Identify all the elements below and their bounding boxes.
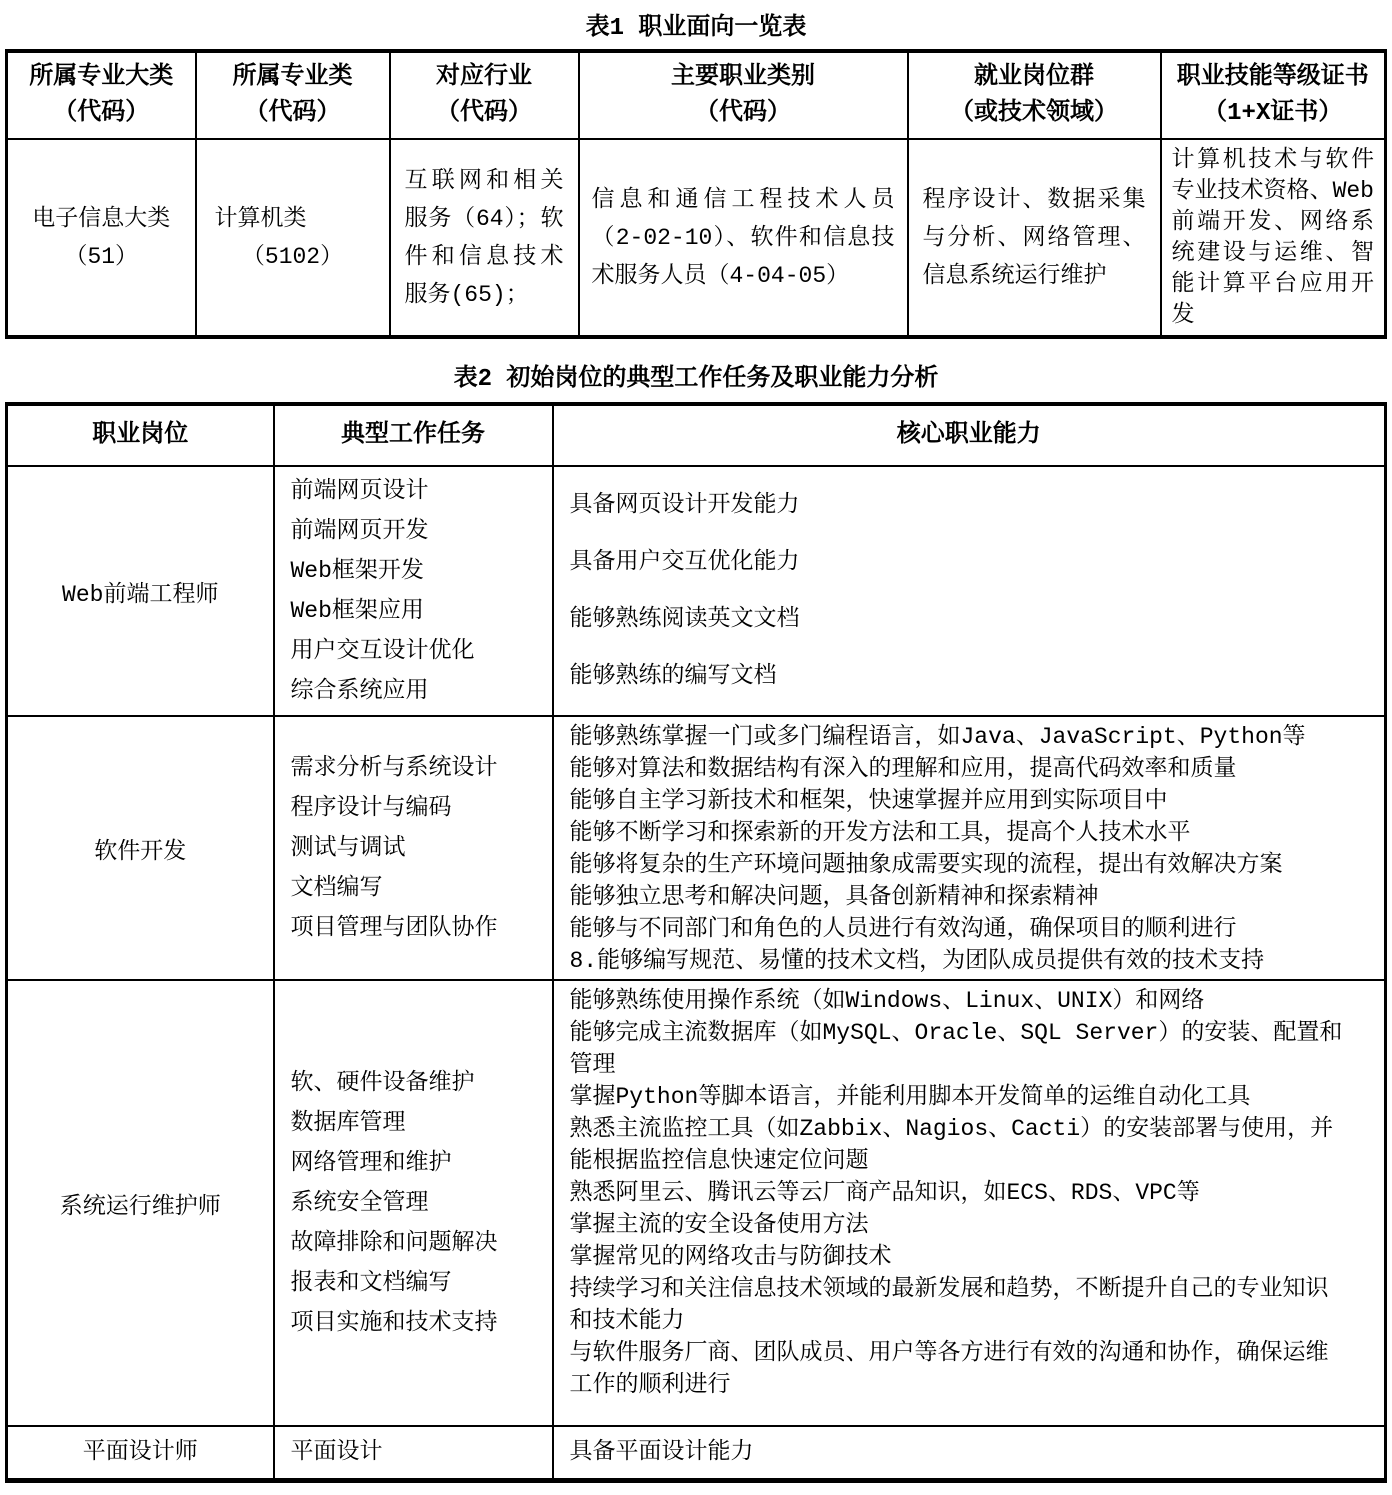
table1-header-category: 所属专业类 （代码）: [196, 51, 390, 139]
text-line: 具备用户交互优化能力: [570, 534, 1349, 591]
cell-abilities: 能够熟练使用操作系统（如Windows、Linux、UNIX）和网络能够完成主流…: [553, 980, 1386, 1426]
header-line: （代码）: [397, 96, 572, 132]
header-line: （代码）: [14, 96, 189, 132]
text-line: 综合系统应用: [291, 671, 544, 711]
text-line: 能够对算法和数据结构有深入的理解和应用，提高代码效率和质量: [570, 753, 1349, 785]
text-line: 项目管理与团队协作: [291, 908, 544, 948]
table2-row-software-dev: 软件开发 需求分析与系统设计程序设计与编码测试与调试文档编写项目管理与团队协作 …: [7, 716, 1386, 980]
cell-abilities: 具备平面设计能力: [553, 1426, 1386, 1480]
text-line: 程序设计与编码: [291, 788, 544, 828]
text-line: 系统安全管理: [291, 1183, 544, 1223]
text-line: 能够熟练阅读英文文档: [570, 591, 1349, 648]
header-line: 所属专业类: [203, 60, 383, 96]
cell-occupations: 信息和通信工程技术人员（2-02-10）、软件和信息技术服务人员（4-04-05…: [579, 139, 908, 337]
table2-row-web-frontend: Web前端工程师 前端网页设计前端网页开发Web框架开发Web框架应用用户交互设…: [7, 466, 1386, 716]
cell-certificates: 计算机技术与软件专业技术资格、Web 前端开发、网络系统建设与运维、智能计算平台…: [1161, 139, 1386, 337]
text-line: 用户交互设计优化: [291, 631, 544, 671]
table2-task-ability-analysis: 职业岗位 典型工作任务 核心职业能力 Web前端工程师 前端网页设计前端网页开发…: [5, 402, 1387, 1483]
text-line: 熟悉主流监控工具（如Zabbix、Nagios、Cacti）的安装部署与使用，并…: [570, 1113, 1349, 1177]
header-line: 职业技能等级证书: [1168, 60, 1379, 96]
text-line: 持续学习和关注信息技术领域的最新发展和趋势，不断提升自己的专业知识和技术能力: [570, 1273, 1349, 1337]
header-line: （或技术领域）: [915, 96, 1154, 132]
text-line: 能够与不同部门和角色的人员进行有效沟通，确保项目的顺利进行: [570, 913, 1349, 945]
table2-row-graphic-designer: 平面设计师 平面设计 具备平面设计能力: [7, 1426, 1386, 1480]
header-line: 主要职业类别: [586, 60, 901, 96]
text-line: 前端网页开发: [291, 511, 544, 551]
text-line: 能够熟练掌握一门或多门编程语言，如Java、JavaScript、Python等: [570, 721, 1349, 753]
table2-header-position: 职业岗位: [7, 404, 274, 466]
header-line: 对应行业: [397, 60, 572, 96]
text-line: 前端网页设计: [291, 471, 544, 511]
text-line: 与软件服务厂商、团队成员、用户等各方进行有效的沟通和协作，确保运维工作的顺利进行: [570, 1337, 1349, 1401]
text-line: 具备网页设计开发能力: [570, 477, 1349, 534]
cell-position: 系统运行维护师: [7, 980, 274, 1426]
table1-career-orientation: 所属专业大类 （代码） 所属专业类 （代码） 对应行业 （代码） 主要职业类别 …: [5, 49, 1387, 339]
cell-position: Web前端工程师: [7, 466, 274, 716]
header-line: （代码）: [586, 96, 901, 132]
table1-title: 表1 职业面向一览表: [5, 14, 1387, 44]
text-line: 能够熟练使用操作系统（如Windows、Linux、UNIX）和网络: [570, 985, 1349, 1017]
cell-category: 计算机类 （5102）: [196, 139, 390, 337]
table2-header-abilities: 核心职业能力: [553, 404, 1386, 466]
text-line: 掌握Python等脚本语言，并能利用脚本开发简单的运维自动化工具: [570, 1081, 1349, 1113]
table2-row-system-ops: 系统运行维护师 软、硬件设备维护数据库管理网络管理和维护系统安全管理故障排除和问…: [7, 980, 1386, 1426]
text-line: 能够自主学习新技术和框架，快速掌握并应用到实际项目中: [570, 785, 1349, 817]
text-line: 能够不断学习和探索新的开发方法和工具，提高个人技术水平: [570, 817, 1349, 849]
text-line: 项目实施和技术支持: [291, 1303, 544, 1343]
text-line: 能够完成主流数据库（如MySQL、Oracle、SQL Server）的安装、配…: [570, 1017, 1349, 1081]
cell-line: （51）: [14, 238, 189, 276]
text-line: Web框架开发: [291, 551, 544, 591]
header-line: （1+X证书）: [1168, 96, 1379, 132]
text-line: 熟悉阿里云、腾讯云等云厂商产品知识，如ECS、RDS、VPC等: [570, 1177, 1349, 1209]
text-line: 能够独立思考和解决问题，具备创新精神和探索精神: [570, 881, 1349, 913]
table1-data-row: 电子信息大类 （51） 计算机类 （5102） 互联网和相关服务（64）；软件和…: [7, 139, 1386, 337]
text-line: 能够熟练的编写文档: [570, 648, 1349, 705]
text-line: 具备平面设计能力: [570, 1437, 1349, 1467]
cell-abilities: 具备网页设计开发能力具备用户交互优化能力能够熟练阅读英文文档能够熟练的编写文档: [553, 466, 1386, 716]
cell-line: 计算机类: [203, 200, 383, 238]
cell-line: 电子信息大类: [14, 200, 189, 238]
table1-header-row: 所属专业大类 （代码） 所属专业类 （代码） 对应行业 （代码） 主要职业类别 …: [7, 51, 1386, 139]
text-line: 文档编写: [291, 868, 544, 908]
text-line: 需求分析与系统设计: [291, 748, 544, 788]
cell-tasks: 平面设计: [274, 1426, 553, 1480]
table1-header-occupations: 主要职业类别 （代码）: [579, 51, 908, 139]
document-page: 表1 职业面向一览表 所属专业大类 （代码） 所属专业类 （代码） 对应行业 （…: [0, 0, 1392, 1495]
cell-position: 平面设计师: [7, 1426, 274, 1480]
text-line: 故障排除和问题解决: [291, 1223, 544, 1263]
table1-header-industry: 对应行业 （代码）: [390, 51, 579, 139]
text-line: 数据库管理: [291, 1103, 544, 1143]
header-line: 所属专业大类: [14, 60, 189, 96]
cell-line: （5102）: [203, 238, 383, 276]
table2-header-tasks: 典型工作任务: [274, 404, 553, 466]
text-line: 报表和文档编写: [291, 1263, 544, 1303]
cell-major-category: 电子信息大类 （51）: [7, 139, 196, 337]
text-line: 网络管理和维护: [291, 1143, 544, 1183]
cell-tasks: 前端网页设计前端网页开发Web框架开发Web框架应用用户交互设计优化综合系统应用: [274, 466, 553, 716]
cell-position: 软件开发: [7, 716, 274, 980]
cell-tasks: 需求分析与系统设计程序设计与编码测试与调试文档编写项目管理与团队协作: [274, 716, 553, 980]
text-line: 平面设计: [291, 1437, 544, 1467]
cell-job-groups: 程序设计、数据采集与分析、网络管理、信息系统运行维护: [908, 139, 1161, 337]
text-line: 能够将复杂的生产环境问题抽象成需要实现的流程，提出有效解决方案: [570, 849, 1349, 881]
cell-industry: 互联网和相关服务（64）；软件和信息技术服务(65)；: [390, 139, 579, 337]
text-line: 8.能够编写规范、易懂的技术文档，为团队成员提供有效的技术支持: [570, 945, 1349, 977]
table1-header-certificates: 职业技能等级证书 （1+X证书）: [1161, 51, 1386, 139]
cell-tasks: 软、硬件设备维护数据库管理网络管理和维护系统安全管理故障排除和问题解决报表和文档…: [274, 980, 553, 1426]
text-line: Web框架应用: [291, 591, 544, 631]
header-line: （代码）: [203, 96, 383, 132]
table2-header-row: 职业岗位 典型工作任务 核心职业能力: [7, 404, 1386, 466]
text-line: 掌握常见的网络攻击与防御技术: [570, 1241, 1349, 1273]
cell-abilities: 能够熟练掌握一门或多门编程语言，如Java、JavaScript、Python等…: [553, 716, 1386, 980]
text-line: 掌握主流的安全设备使用方法: [570, 1209, 1349, 1241]
header-line: 就业岗位群: [915, 60, 1154, 96]
text-line: 测试与调试: [291, 828, 544, 868]
text-line: 软、硬件设备维护: [291, 1063, 544, 1103]
table2-title: 表2 初始岗位的典型工作任务及职业能力分析: [5, 365, 1387, 395]
table1-header-major-category: 所属专业大类 （代码）: [7, 51, 196, 139]
table1-header-job-groups: 就业岗位群 （或技术领域）: [908, 51, 1161, 139]
